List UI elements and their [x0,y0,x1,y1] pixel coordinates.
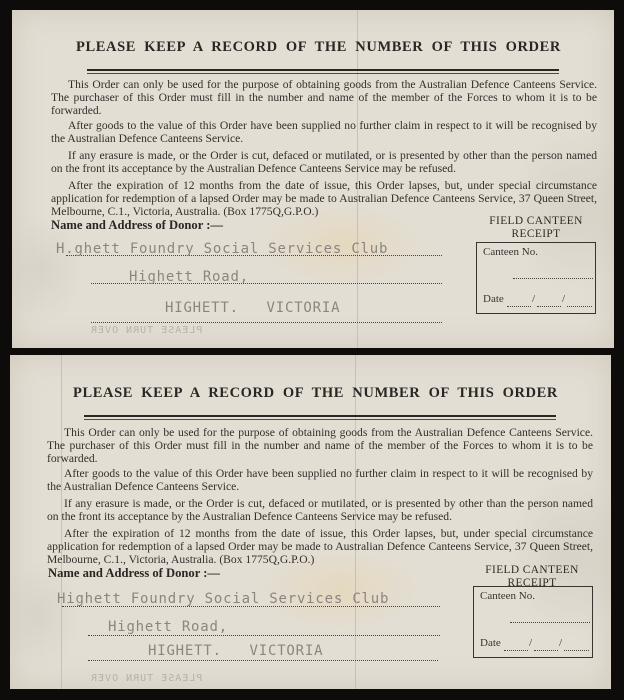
date-day-field[interactable] [507,306,531,307]
order-form-bottom: PLEASE TURN OVER PLEASE KEEP A RECORD OF… [10,355,611,689]
date-separator-1: / [532,293,535,305]
date-month-field[interactable] [534,650,558,651]
receipt-title: FIELD CANTEEN RECEIPT [474,215,598,241]
date-label: Date [483,293,504,305]
canteen-no-label: Canteen No. [483,246,538,258]
receipt-title-line2: RECEIPT [474,228,598,241]
title-underline [87,69,559,71]
donor-line-3 [91,322,442,323]
receipt-box: Canteen No. Date / / [473,586,593,658]
paragraph-erasure: If any erasure is made, or the Order is … [51,149,597,175]
receipt-box: Canteen No. Date / / [476,242,596,314]
paragraph-erasure: If any erasure is made, or the Order is … [47,497,593,523]
donor-label: Name and Address of Donor :— [48,566,220,581]
paragraph-expiration: After the expiration of 12 months from t… [51,179,597,218]
showthrough-text: PLEASE TURN OVER [90,673,202,684]
paragraph-expiration: After the expiration of 12 months from t… [47,527,593,566]
date-separator-2: / [559,637,562,649]
canteen-no-field[interactable] [513,278,593,279]
donor-city: HIGHETT. VICTORIA [165,300,340,316]
receipt-title-line1: FIELD CANTEEN [474,215,598,228]
title-underline-thin [84,419,556,420]
donor-street: Highett Road, [129,269,249,285]
donor-label: Name and Address of Donor :— [51,218,223,233]
form-title: PLEASE KEEP A RECORD OF THE NUMBER OF TH… [73,385,557,402]
date-separator-2: / [562,293,565,305]
date-year-field[interactable] [567,306,592,307]
donor-city: HIGHETT. VICTORIA [148,643,323,659]
donor-name: H.ghett Foundry Social Services Club [56,241,388,257]
form-title: PLEASE KEEP A RECORD OF THE NUMBER OF TH… [76,39,560,56]
donor-line-3 [88,660,438,661]
paragraph-usage: This Order can only be used for the purp… [47,426,593,465]
date-year-field[interactable] [564,650,589,651]
paragraph-claims: After goods to the value of this Order h… [51,119,597,145]
canteen-no-label: Canteen No. [480,590,535,602]
donor-name: Highett Foundry Social Services Club [57,591,389,607]
date-label: Date [480,637,501,649]
title-underline-thin [87,73,559,74]
order-form-top: PLEASE TURN OVER PLEASE KEEP A RECORD OF… [12,10,614,348]
receipt-title-line1: FIELD CANTEEN [470,564,594,577]
date-day-field[interactable] [504,650,528,651]
paragraph-claims: After goods to the value of this Order h… [47,467,593,493]
donor-line-2 [88,635,440,636]
date-separator-1: / [529,637,532,649]
title-underline [84,415,556,417]
donor-street: Highett Road, [108,619,228,635]
showthrough-text: PLEASE TURN OVER [90,325,202,336]
canteen-no-field[interactable] [510,622,590,623]
date-month-field[interactable] [537,306,561,307]
paragraph-usage: This Order can only be used for the purp… [51,78,597,117]
